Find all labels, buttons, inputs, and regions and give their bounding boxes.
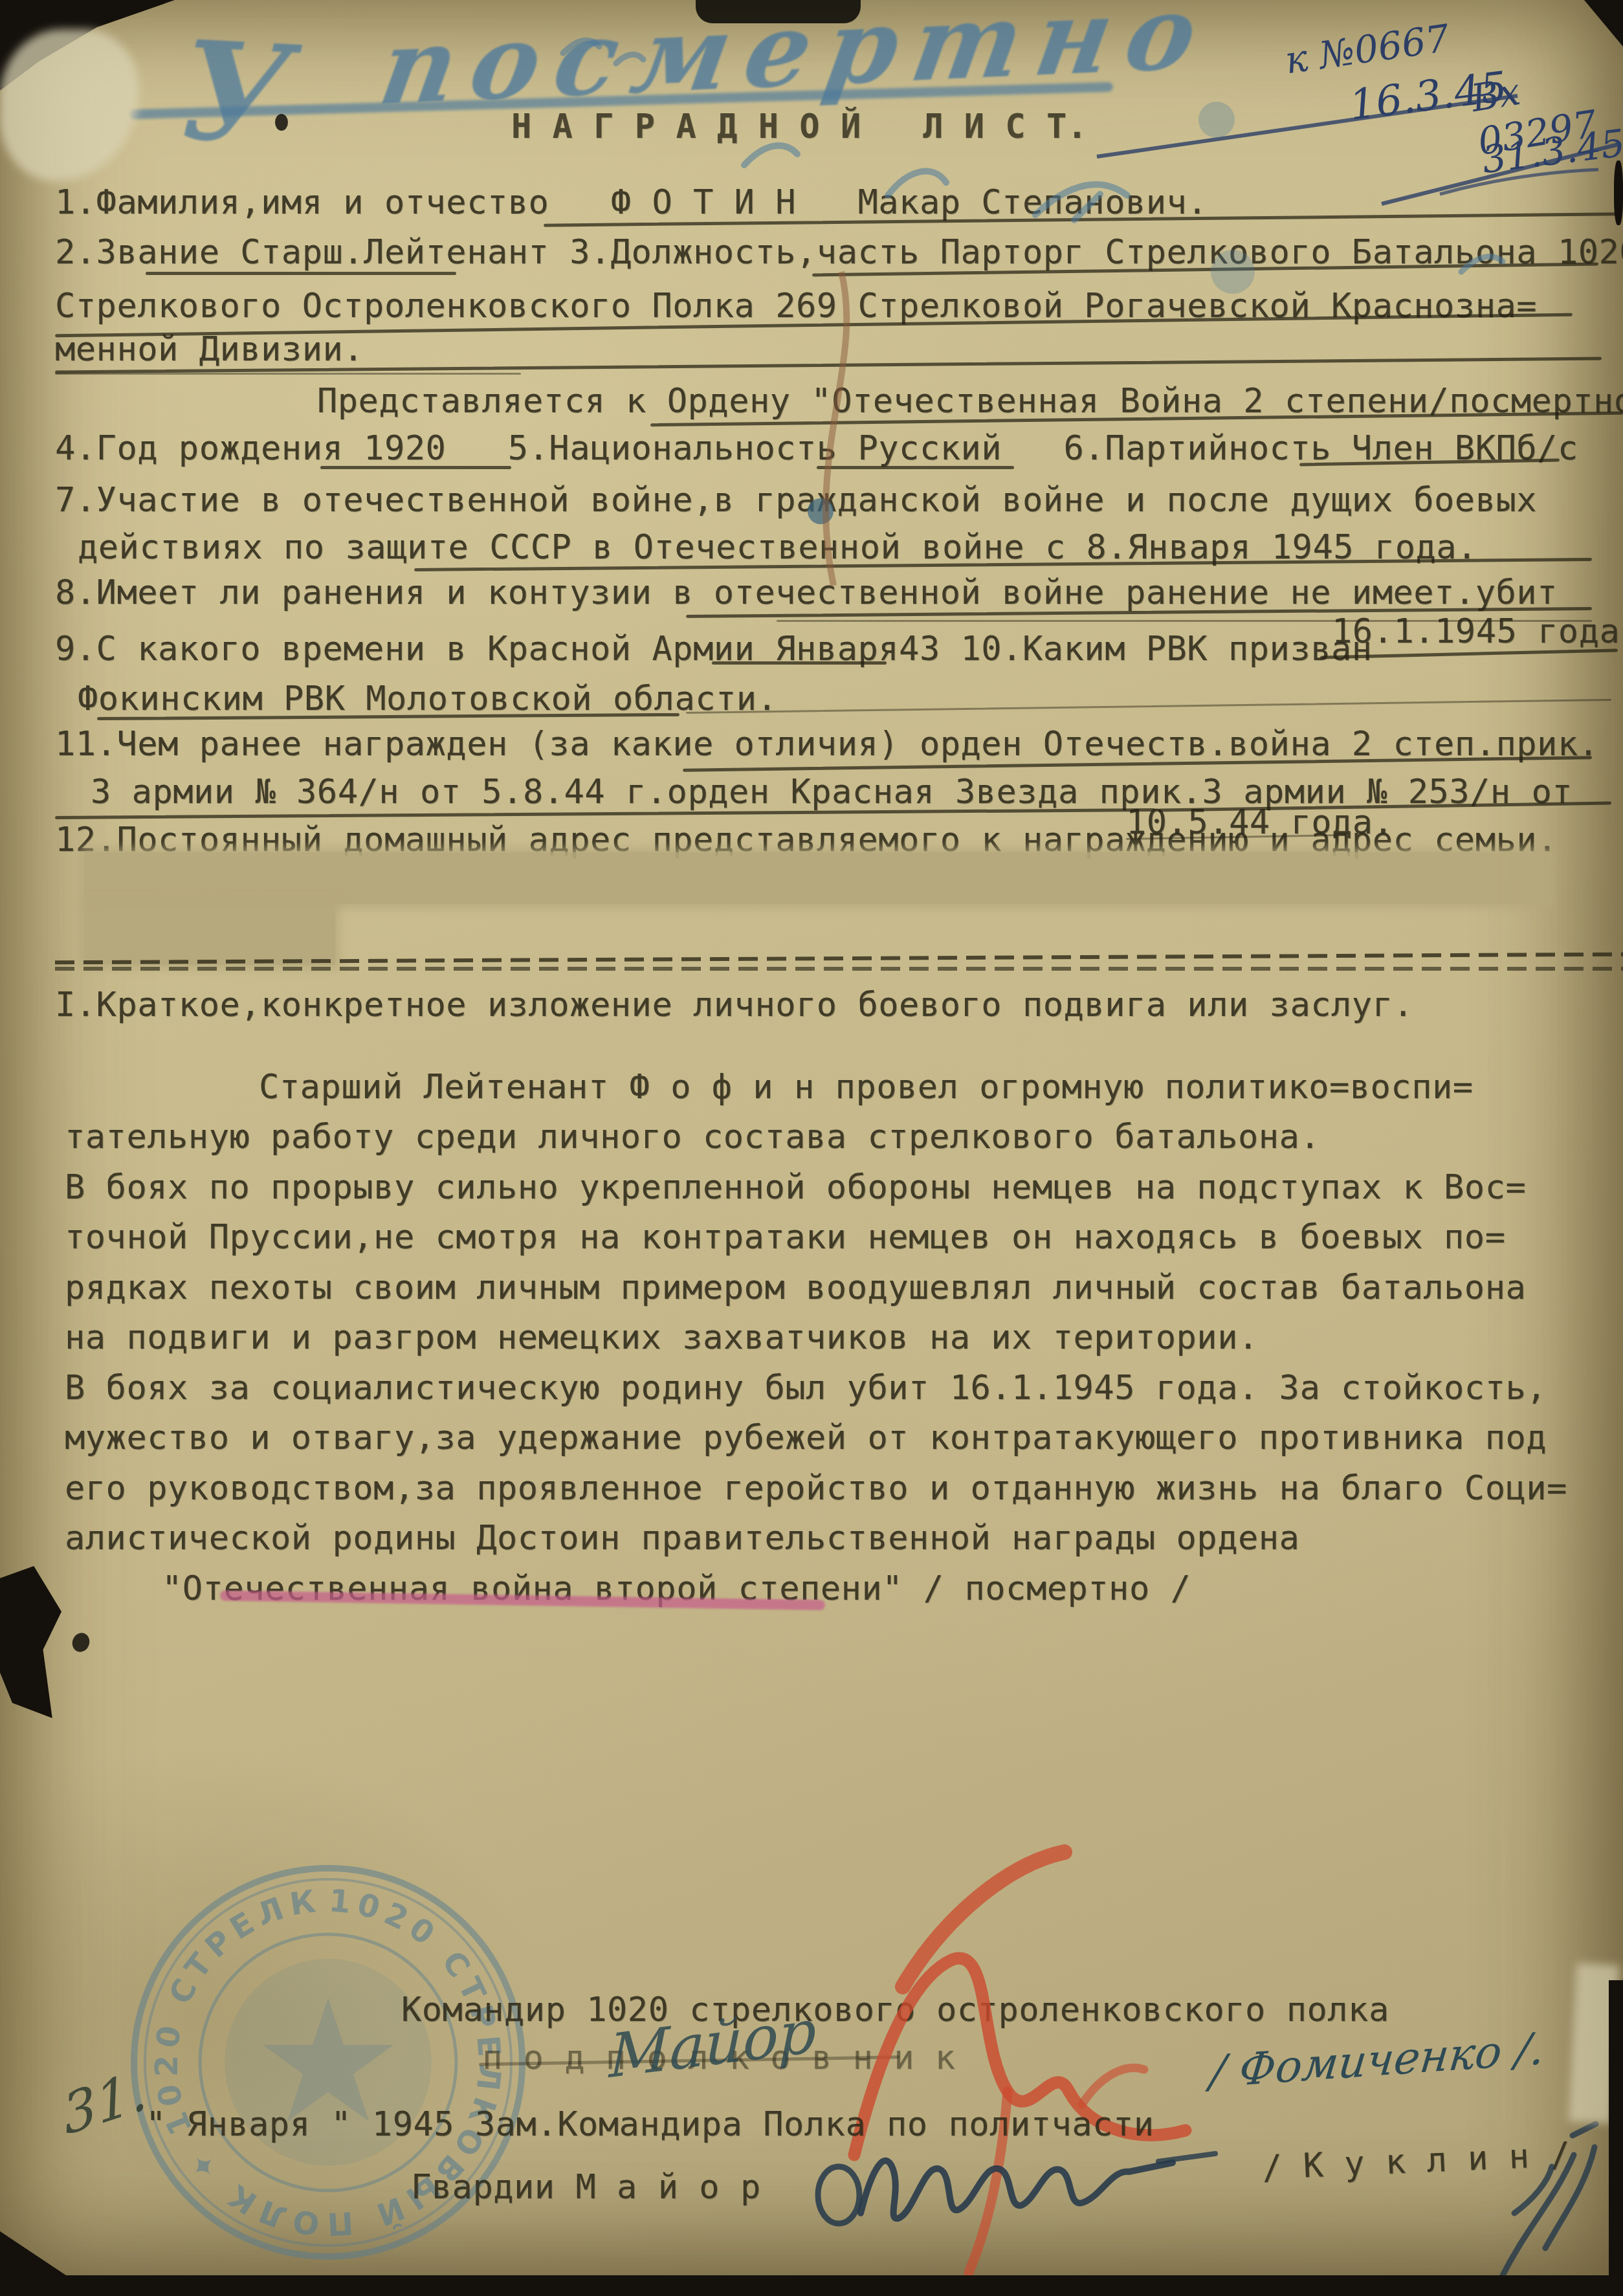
brown-pencil-stroke: [826, 272, 846, 586]
top-edge-nick: [696, 0, 861, 23]
blue-pencil-scribbles: [0, 0, 1623, 2296]
award-sheet-photo: У посмертно Н А Г Р А Д Н О Й Л И С Т. к…: [0, 0, 1623, 2296]
bottom-edge-strip: [0, 2275, 1623, 2296]
right-edge-lower: [1609, 1980, 1623, 2296]
small-hole: [275, 114, 288, 131]
right-edge-sliver: [1614, 160, 1623, 225]
